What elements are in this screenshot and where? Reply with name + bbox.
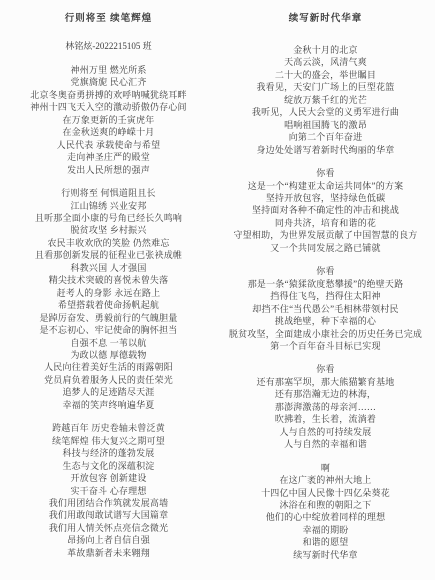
poem-line: 这是一个“构建亚太命运共同体”的方案 — [217, 180, 434, 192]
poem-line: 人民代表 承载使命与希望 — [0, 139, 217, 151]
poem-line: 却挡不住“当代愚公”毛相林带领村民 — [217, 303, 434, 315]
poem-line: 神州万里 燃光所系 — [0, 64, 217, 76]
poem-stanza: 你看那是一条“猿猱欲度愁攀援”的绝壁天路挡得住飞鸟，挡得住太阳神却挡不住“当代愚… — [217, 265, 434, 352]
poem-line: 十四亿中国人民像十四亿朵葵花 — [217, 487, 434, 499]
poem-line: 行则将至 何惧道阻且长 — [0, 187, 217, 199]
poem-line: 是不忘初心、牢记使命的胸怀担当 — [0, 324, 217, 336]
left-poem-column: 行则将至 续笔辉煌 林铭炫-2022215105 班 神州万里 燃光所系党旗旖旎… — [0, 0, 217, 572]
poem-line: 和谐的愿望 — [217, 536, 434, 548]
left-poem-title: 行则将至 续笔辉煌 — [0, 14, 217, 24]
poem-line: 人与自然的幸福和谐 — [217, 438, 434, 450]
poem-line: 续笔辉煌 伟大复兴之期可望 — [0, 435, 217, 447]
poem-line: 我听见，人民大会堂的义勇军进行曲 — [217, 106, 434, 118]
poem-line: 科教兴国 人才强国 — [0, 262, 217, 274]
poem-line: 唱响祖国腾飞的激昂 — [217, 119, 434, 131]
poem-stanza: 你看这是一个“构建亚太命运共同体”的方案坚持开放包容，坚持绿色低碳坚持面对各种不… — [217, 167, 434, 254]
poem-line: 走向神圣庄严的殿堂 — [0, 151, 217, 163]
poem-line: 希望搭载着使命扬帆起航 — [0, 299, 217, 311]
poem-line: 沐浴在和煦的朝阳之下 — [217, 499, 434, 511]
poem-line: 科技与经济的蓬勃发展 — [0, 447, 217, 459]
poem-line: 金秋十月的北京 — [217, 44, 434, 56]
poem-line: 坚持开放包容，坚持绿色低碳 — [217, 192, 434, 204]
poem-line: 开放包容 创新建设 — [0, 472, 217, 484]
poem-line: 幸福的期盼 — [217, 524, 434, 536]
poem-stanza: 啊在这广袤的神州大地上十四亿中国人民像十四亿朵葵花沐浴在和煦的朝阳之下他们的心中… — [217, 462, 434, 562]
poem-line: 吹拂着，生长着，流淌着 — [217, 413, 434, 425]
poem-line: 追梦人的足迹踏尽天涯 — [0, 386, 217, 398]
poem-line: 啊 — [217, 462, 434, 474]
poem-line: 实干奋斗 心存理想 — [0, 485, 217, 497]
poem-line: 赶考人的身影 永远在路上 — [0, 287, 217, 299]
poem-line: 生态与文化的深蕴积淀 — [0, 460, 217, 472]
poem-line: 自强不息 一苇以航 — [0, 337, 217, 349]
right-poem-column: 续写新时代华章 金秋十月的北京天高云淡，风清气爽二十大的盛会，举世瞩目我看见，天… — [217, 0, 434, 572]
poem-stanza: 神州万里 燃光所系党旗旖旎 民心汇齐北京冬奥奋勇拼搏的欢呼呐喊犹绕耳畔神州十四飞… — [0, 64, 217, 176]
poem-line: 神州十四飞天入空的激动骄傲仍存心间 — [0, 101, 217, 113]
poem-line: 你看 — [217, 167, 434, 179]
poem-line: 天高云淡，风清气爽 — [217, 56, 434, 68]
poem-stanza: 跨越百年 历史卷轴未曾泛黄续笔辉煌 伟大复兴之期可望科技与经济的蓬勃发展生态与文… — [0, 422, 217, 559]
poem-line: 还有那塞罕坝，那大熊猫繁育基地 — [217, 376, 434, 388]
poem-line: 党员肩负着服务人民的责任荣光 — [0, 374, 217, 386]
poem-line: 发出人民所想的强声 — [0, 164, 217, 176]
poem-line: 在金秋送爽的峥嵘十月 — [0, 126, 217, 138]
poem-line: 农民丰收欢欣的笑脸 仍然难忘 — [0, 237, 217, 249]
document-page: 行则将至 续笔辉煌 林铭炫-2022215105 班 神州万里 燃光所系党旗旖旎… — [0, 0, 435, 580]
poem-line: 他们的心中绽放着同样的理想 — [217, 511, 434, 523]
poem-line: 二十大的盛会，举世瞩目 — [217, 69, 434, 81]
poem-line: 那澎湃激荡的母亲河…… — [217, 401, 434, 413]
poem-stanza: 你看还有那塞罕坝，那大熊猫繁育基地还有那浩瀚无边的林海，那澎湃激荡的母亲河……吹… — [217, 363, 434, 450]
poem-line: 挑战绝壁，种下幸福的心 — [217, 315, 434, 327]
poem-line: 革故鼎新者未来翱翔 — [0, 547, 217, 559]
poem-line: 且听那全面小康的号角已经长久鸣响 — [0, 212, 217, 224]
poem-line: 第一个百年奋斗目标已实现 — [217, 340, 434, 352]
right-poem-title: 续写新时代华章 — [217, 14, 434, 24]
poem-line: 党旗旖旎 民心汇齐 — [0, 76, 217, 88]
poem-line: 身边处处谱写着新时代绚丽的华章 — [217, 144, 434, 156]
poem-line: 我们用团结合作筑就发展高墙 — [0, 497, 217, 509]
poem-line: 是踔厉奋发、勇毅前行的气魄胆量 — [0, 312, 217, 324]
poem-line: 在这广袤的神州大地上 — [217, 474, 434, 486]
poem-line: 且看那创新发展的征程业已张袂成帷 — [0, 249, 217, 261]
poem-line: 向第二个百年奋进 — [217, 131, 434, 143]
right-poem-body: 金秋十月的北京天高云淡，风清气爽二十大的盛会，举世瞩目我看见，天安门广场上的巨型… — [217, 44, 434, 561]
poem-stanza: 金秋十月的北京天高云淡，风清气爽二十大的盛会，举世瞩目我看见，天安门广场上的巨型… — [217, 44, 434, 156]
poem-line: 同舟共济，培育和谐的花 — [217, 217, 434, 229]
poem-line: 江山锦绣 兴业安邦 — [0, 200, 217, 212]
poem-line: 绽放万紫千红的光芒 — [217, 94, 434, 106]
poem-line: 跨越百年 历史卷轴未曾泛黄 — [0, 422, 217, 434]
poem-line: 那是一条“猿猱欲度愁攀援”的绝壁天路 — [217, 278, 434, 290]
poem-line: 在万象更新的壬寅虎年 — [0, 114, 217, 126]
poem-stanza: 行则将至 何惧道阻且长江山锦绣 兴业安邦且听那全面小康的号角已经长久鸣响脱贫攻坚… — [0, 187, 217, 411]
two-column-layout: 行则将至 续笔辉煌 林铭炫-2022215105 班 神州万里 燃光所系党旗旖旎… — [0, 0, 435, 572]
poem-line: 人与自然的可持续发展 — [217, 426, 434, 438]
poem-line: 我们用敢闯敢试谱写大国篇章 — [0, 509, 217, 521]
poem-line: 续写新时代华章 — [217, 549, 434, 561]
poem-line: 坚持面对各种不确定性的冲击和挑战 — [217, 204, 434, 216]
poem-line: 又一个共同发展之路已铺就 — [217, 242, 434, 254]
poem-line: 我们用人情关怀点亮信念微光 — [0, 522, 217, 534]
poem-line: 还有那浩瀚无边的林海， — [217, 388, 434, 400]
poem-line: 人民向往着美好生活的雨露朝阳 — [0, 361, 217, 373]
poem-line: 你看 — [217, 363, 434, 375]
left-poem-body: 神州万里 燃光所系党旗旖旎 民心汇齐北京冬奥奋勇拼搏的欢呼呐喊犹绕耳畔神州十四飞… — [0, 64, 217, 559]
poem-line: 脱贫攻坚，全面建成小康社会的历史任务已完成 — [217, 328, 434, 340]
poem-line: 昂扬向上者自信自强 — [0, 534, 217, 546]
poem-line: 幸福的笑声终响遍华夏 — [0, 399, 217, 411]
poem-line: 你看 — [217, 265, 434, 277]
poem-line: 精尖技术突破的喜悦未曾失落 — [0, 274, 217, 286]
poem-line: 我看见，天安门广场上的巨型花篮 — [217, 81, 434, 93]
poem-line: 脱贫攻坚 乡村振兴 — [0, 224, 217, 236]
poem-line: 守望相助，为世界发展贡献了中国智慧的良方 — [217, 229, 434, 241]
poem-line: 挡得住飞鸟，挡得住太阳神 — [217, 290, 434, 302]
poem-line: 北京冬奥奋勇拼搏的欢呼呐喊犹绕耳畔 — [0, 89, 217, 101]
author-line: 林铭炫-2022215105 班 — [0, 41, 217, 51]
poem-line: 为政以德 厚德载物 — [0, 349, 217, 361]
